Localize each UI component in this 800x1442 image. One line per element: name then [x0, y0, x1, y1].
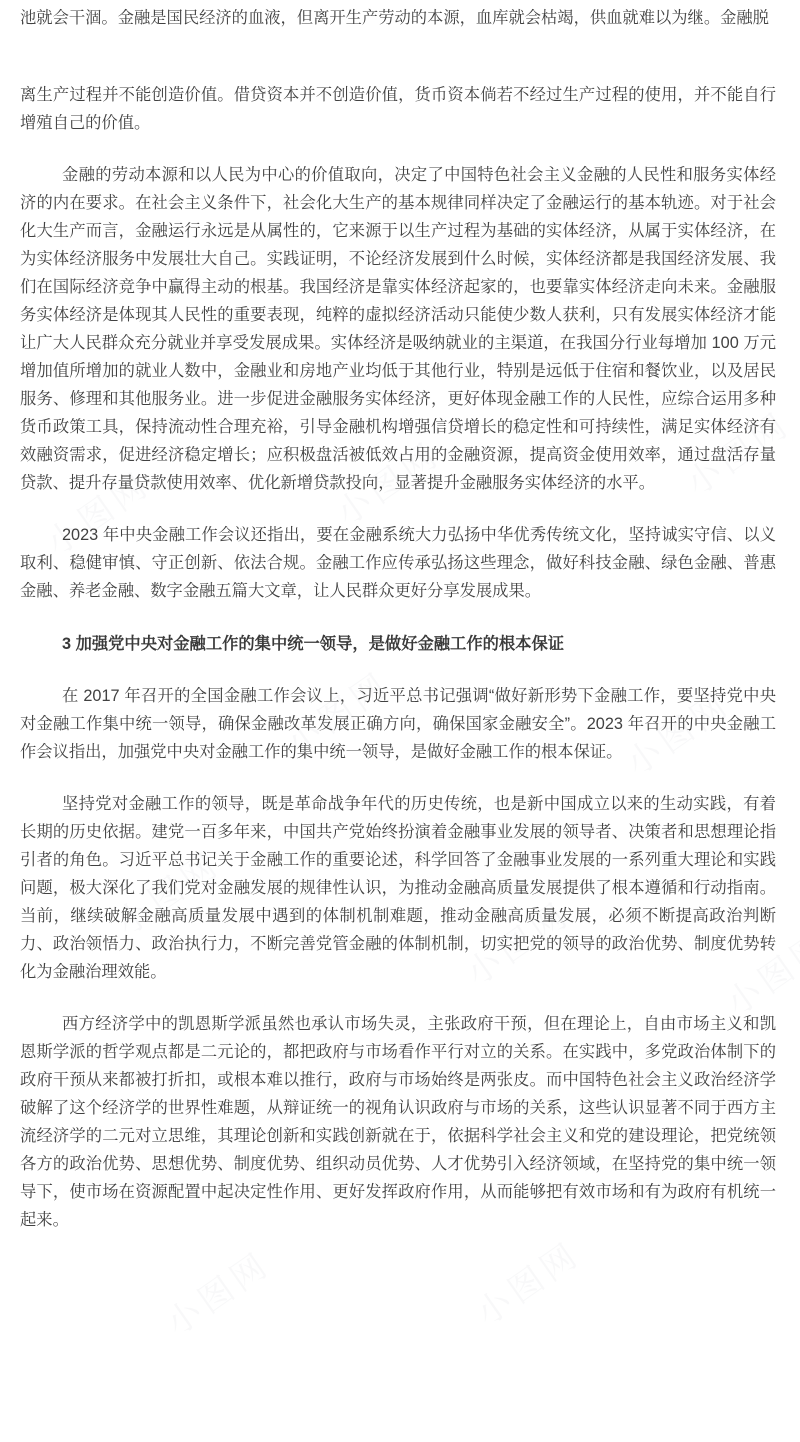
- document-body: 池就会干涸。金融是国民经济的血液，但离开生产劳动的本源，血库就会枯竭，供血就难以…: [20, 4, 776, 1234]
- section-heading-3: 3 加强党中央对金融工作的集中统一领导，是做好金融工作的根本保证: [20, 630, 776, 658]
- body-paragraph-2017-conference: 在 2017 年召开的全国金融工作会议上，习近平总书记强调“做好新形势下金融工作…: [20, 682, 776, 766]
- body-paragraph-party-leadership-history: 坚持党对金融工作的领导，既是革命战争年代的历史传统，也是新中国成立以来的生动实践…: [20, 790, 776, 986]
- document-page: 小图网 小图网 小图网 小图网 小图网 小图网 小图网 小图网 小图网 小图网 …: [0, 0, 800, 1442]
- body-paragraph-finance-labor-origin: 金融的劳动本源和以人民为中心的价值取向，决定了中国特色社会主义金融的人民性和服务…: [20, 161, 776, 497]
- watermark-text: 小图网: [163, 1249, 275, 1339]
- body-paragraph-western-economics-comparison: 西方经济学中的凯恩斯学派虽然也承认市场失灵，主张政府干预，但在理论上，自由市场主…: [20, 1010, 776, 1234]
- paragraph-continuation-after-break: 离生产过程并不能创造价值。借贷资本并不创造价值，货币资本倘若不经过生产过程的使用…: [20, 81, 776, 137]
- watermark-text: 小图网: [473, 1239, 585, 1329]
- paragraph-continuation-top: 池就会干涸。金融是国民经济的血液，但离开生产劳动的本源，血库就会枯竭，供血就难以…: [20, 4, 776, 32]
- body-paragraph-2023-conference-culture: 2023 年中央金融工作会议还指出，要在金融系统大力弘扬中华优秀传统文化，坚持诚…: [20, 521, 776, 605]
